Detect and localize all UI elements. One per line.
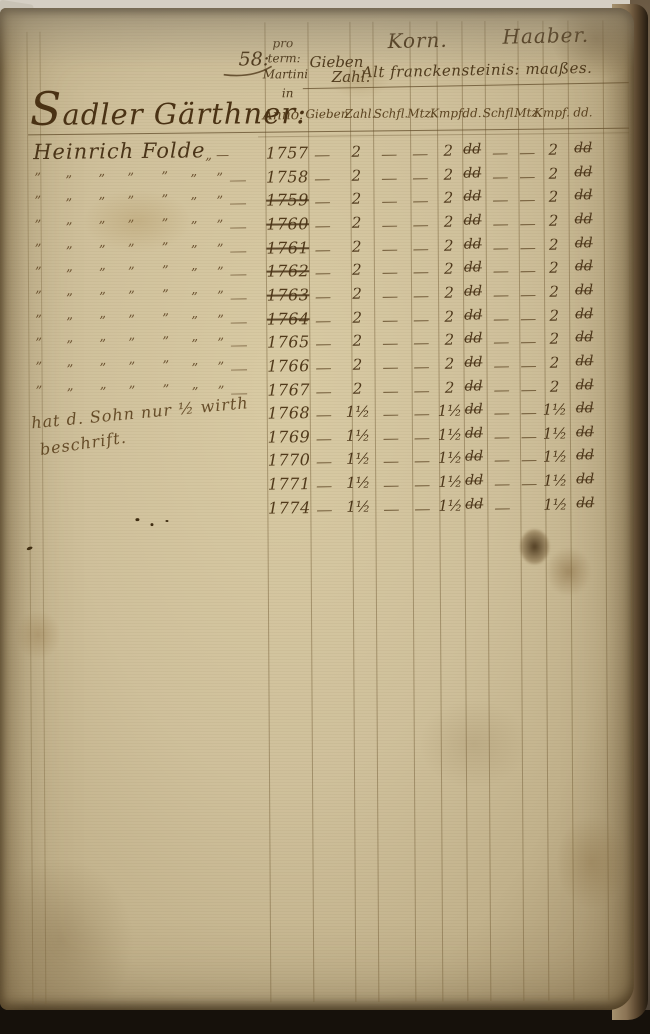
table-cell: dd bbox=[463, 165, 481, 181]
table-cell: — bbox=[382, 360, 398, 374]
ditto-mark: ” bbox=[128, 336, 135, 351]
table-cell: — bbox=[493, 383, 509, 397]
column-header: Schfl. bbox=[374, 107, 409, 121]
ditto-mark: ” bbox=[127, 171, 134, 186]
table-cell: — bbox=[316, 408, 332, 422]
ditto-mark: ” bbox=[66, 268, 73, 283]
ditto-dash: — bbox=[230, 363, 248, 376]
table-cell: dd bbox=[575, 306, 593, 322]
ditto-mark: ” bbox=[191, 290, 198, 305]
year-cell: 1766 bbox=[267, 356, 310, 375]
ditto-mark: ” bbox=[35, 218, 42, 233]
ditto-mark: ” bbox=[217, 336, 224, 351]
column-header: dd. bbox=[573, 105, 592, 119]
ditto-mark: ” bbox=[127, 194, 134, 209]
ditto-mark: ” bbox=[129, 384, 136, 399]
ink-speck bbox=[135, 518, 139, 521]
table-cell: dd bbox=[464, 354, 482, 370]
ditto-mark: ” bbox=[162, 217, 169, 232]
year-cell: 1774 bbox=[268, 498, 311, 517]
table-cell: dd bbox=[575, 282, 593, 298]
table-cell: 2 bbox=[353, 355, 363, 373]
ditto-mark: ” bbox=[162, 288, 169, 303]
table-cell: 2 bbox=[444, 236, 454, 254]
paper-stain bbox=[419, 699, 530, 790]
ditto-mark: ” bbox=[36, 384, 43, 399]
column-header: Gieben bbox=[305, 107, 348, 121]
table-cell: — bbox=[382, 289, 398, 303]
page-title: Sadler Gärthner: bbox=[30, 80, 307, 136]
table-cell: — bbox=[492, 146, 508, 160]
ditto-mark: ” bbox=[98, 196, 105, 211]
table-cell: — bbox=[494, 430, 510, 444]
table-cell: — bbox=[414, 454, 430, 468]
table-cell: — bbox=[383, 478, 399, 492]
ditto-mark: ” bbox=[217, 360, 224, 375]
table-cell: dd bbox=[576, 377, 594, 393]
ditto-mark: ” bbox=[128, 289, 135, 304]
ditto-dash: — bbox=[230, 268, 248, 281]
ditto-dash: — bbox=[230, 315, 248, 328]
table-cell: dd bbox=[575, 211, 593, 227]
table-cell: dd bbox=[574, 140, 592, 156]
table-cell: — bbox=[520, 335, 536, 349]
table-cell: — bbox=[494, 501, 510, 515]
ditto-mark: ” bbox=[35, 313, 42, 328]
table-cell: — bbox=[521, 430, 537, 444]
table-cell: 2 bbox=[445, 355, 455, 373]
table-cell: dd bbox=[574, 164, 592, 180]
table-cell: — bbox=[493, 335, 509, 349]
table-cell: 2 bbox=[352, 214, 362, 232]
table-cell: 2 bbox=[445, 378, 455, 396]
ditto-mark: ” bbox=[99, 361, 106, 376]
table-cell: — bbox=[412, 194, 428, 208]
tenant-name: Heinrich Folde bbox=[33, 138, 206, 164]
ditto-mark: ” bbox=[34, 194, 41, 209]
ditto-mark: ” bbox=[191, 338, 198, 353]
table-cell: — bbox=[492, 217, 508, 231]
table-cell: 2 bbox=[444, 213, 454, 231]
table-cell: — bbox=[316, 503, 332, 517]
column-header: Schfl. bbox=[483, 106, 518, 120]
table-cell: — bbox=[381, 218, 397, 232]
table-cell: — bbox=[414, 407, 430, 421]
year-cell: 1761 bbox=[266, 238, 309, 257]
ditto-dash: — bbox=[229, 244, 247, 257]
ditto-mark: ” bbox=[162, 359, 169, 374]
korn-header: Korn. bbox=[387, 28, 448, 53]
column-header: Kmpf. bbox=[534, 106, 570, 120]
table-cell: — bbox=[381, 195, 397, 209]
table-cell: — bbox=[521, 477, 537, 491]
table-cell: — bbox=[383, 502, 399, 516]
table-cell: dd bbox=[464, 331, 482, 347]
ditto-mark: ” bbox=[99, 314, 106, 329]
ditto-mark: ” bbox=[67, 386, 74, 401]
year-cell: 1769 bbox=[267, 427, 310, 446]
ditto-mark: ” bbox=[66, 244, 73, 259]
ditto-mark: ” bbox=[35, 336, 42, 351]
table-cell: — bbox=[413, 336, 429, 350]
table-cell: dd bbox=[465, 402, 483, 418]
paper-stain bbox=[15, 610, 61, 660]
ditto-mark: ” bbox=[66, 363, 73, 378]
table-cell: — bbox=[521, 453, 537, 467]
table-cell: dd bbox=[575, 258, 593, 274]
table-cell: 2 bbox=[351, 166, 361, 184]
ditto-mark: ” bbox=[128, 218, 135, 233]
table-cell: dd bbox=[464, 260, 482, 276]
ditto-dash: — bbox=[230, 339, 248, 352]
table-cell: — bbox=[413, 312, 429, 326]
table-cell: 2 bbox=[351, 143, 361, 161]
ditto-mark: ” bbox=[128, 265, 135, 280]
table-cell: — bbox=[412, 171, 428, 185]
ditto-mark: ” bbox=[161, 193, 168, 208]
table-cell: 1½ bbox=[346, 426, 370, 444]
table-cell: — bbox=[520, 382, 536, 396]
ditto-mark: ” bbox=[35, 360, 42, 375]
table-cell: — bbox=[315, 290, 331, 304]
table-cell: — bbox=[519, 146, 535, 160]
table-cell: dd bbox=[464, 212, 482, 228]
column-header: dd. bbox=[462, 106, 481, 120]
ditto-mark: ” bbox=[217, 313, 224, 328]
ditto-mark: ” bbox=[217, 242, 224, 257]
table-cell: 2 bbox=[352, 261, 362, 279]
table-cell: 2 bbox=[549, 282, 559, 300]
ditto-mark: ” bbox=[162, 311, 169, 326]
year-cell: 1764 bbox=[267, 309, 310, 328]
year-cell: 1760 bbox=[266, 214, 309, 233]
ditto-mark: ” bbox=[100, 385, 107, 400]
table-cell: — bbox=[494, 406, 510, 420]
table-cell: dd bbox=[464, 236, 482, 252]
water-stain bbox=[0, 856, 136, 1010]
table-cell: — bbox=[520, 240, 536, 254]
ditto-mark: ” bbox=[216, 171, 223, 186]
table-cell: 1½ bbox=[438, 496, 462, 514]
table-cell: — bbox=[315, 337, 331, 351]
table-cell: — bbox=[520, 288, 536, 302]
table-cell: — bbox=[519, 217, 535, 231]
table-cell: dd bbox=[465, 496, 483, 512]
table-cell: 2 bbox=[443, 142, 453, 160]
table-cell: dd bbox=[576, 471, 594, 487]
table-cell: — bbox=[413, 265, 429, 279]
table-cell: 1½ bbox=[438, 402, 462, 420]
table-cell: — bbox=[316, 432, 332, 446]
ditto-mark: ” bbox=[66, 221, 73, 236]
table-cell: 1½ bbox=[543, 472, 567, 490]
ditto-mark: ” bbox=[163, 382, 170, 397]
ditto-mark: ” bbox=[35, 265, 42, 280]
table-cell: dd bbox=[575, 353, 593, 369]
table-cell: — bbox=[414, 502, 430, 516]
ink-speck bbox=[165, 520, 168, 522]
table-cell: 2 bbox=[548, 141, 558, 159]
ditto-mark: ” bbox=[99, 338, 106, 353]
ditto-mark: ” bbox=[191, 243, 198, 258]
ditto-mark: ” bbox=[66, 315, 73, 330]
measure-label: Alt franckensteinis: maaßes. bbox=[362, 59, 593, 82]
ditto-dash: — bbox=[229, 197, 247, 210]
ink-smear bbox=[546, 546, 592, 596]
table-cell: dd bbox=[465, 472, 483, 488]
table-cell: 2 bbox=[353, 379, 363, 397]
table-cell: — bbox=[521, 406, 537, 420]
table-cell: — bbox=[519, 169, 535, 183]
column-header: Zahl. bbox=[344, 107, 375, 121]
year-cell: 1765 bbox=[267, 332, 310, 351]
table-cell: 2 bbox=[352, 308, 362, 326]
table-cell: 1½ bbox=[543, 401, 567, 419]
ditto-dash: — bbox=[229, 173, 247, 186]
table-cell: — bbox=[382, 242, 398, 256]
ditto-mark: ” bbox=[99, 219, 106, 234]
ditto-mark: ” bbox=[128, 242, 135, 257]
table-cell: 2 bbox=[352, 237, 362, 255]
ditto-mark: ” bbox=[65, 173, 72, 188]
ditto-mark: ” bbox=[217, 218, 224, 233]
ditto-mark: ” bbox=[99, 267, 106, 282]
ditto-mark: ” bbox=[161, 169, 168, 184]
table-cell: — bbox=[314, 172, 330, 186]
ditto-mark: ” bbox=[217, 265, 224, 280]
ditto-mark: ” bbox=[162, 264, 169, 279]
ditto-mark: ” bbox=[128, 313, 135, 328]
table-cell: — bbox=[520, 264, 536, 278]
table-cell: — bbox=[382, 313, 398, 327]
table-cell: 2 bbox=[550, 353, 560, 371]
table-cell: — bbox=[315, 266, 331, 280]
table-cell: 2 bbox=[443, 165, 453, 183]
table-cell: — bbox=[494, 454, 510, 468]
table-cell: — bbox=[315, 243, 331, 257]
table-cell: 2 bbox=[549, 212, 559, 230]
table-cell: — bbox=[413, 360, 429, 374]
table-cell: 2 bbox=[548, 164, 558, 182]
table-cell: 2 bbox=[444, 260, 454, 278]
table-cell: — bbox=[314, 219, 330, 233]
table-cell: 1½ bbox=[543, 448, 567, 466]
term-line-2: term: bbox=[268, 51, 301, 66]
table-cell: dd bbox=[465, 425, 483, 441]
table-cell: dd bbox=[576, 424, 594, 440]
table-cell: — bbox=[315, 314, 331, 328]
table-cell: 2 bbox=[549, 235, 559, 253]
year-cell: 1762 bbox=[266, 261, 309, 280]
year-cell: 1767 bbox=[267, 380, 310, 399]
ditto-mark: ” bbox=[66, 292, 73, 307]
table-cell: — bbox=[414, 478, 430, 492]
table-cell: — bbox=[382, 266, 398, 280]
table-cell: — bbox=[316, 479, 332, 493]
table-cell: dd bbox=[576, 495, 594, 511]
ditto-mark: ” bbox=[99, 243, 106, 258]
table-cell: — bbox=[493, 359, 509, 373]
term-line-1: pro bbox=[272, 36, 293, 51]
table-cell: — bbox=[314, 148, 330, 162]
table-cell: 1½ bbox=[346, 450, 370, 468]
ditto-mark: ” bbox=[162, 240, 169, 255]
table-cell: dd bbox=[464, 307, 482, 323]
ditto-mark: ” bbox=[98, 172, 105, 187]
ditto-mark: ” bbox=[99, 290, 106, 305]
table-cell: — bbox=[314, 195, 330, 209]
ditto-mark: ” bbox=[162, 335, 169, 350]
table-cell: — bbox=[494, 477, 510, 491]
year-cell: 1768 bbox=[267, 403, 310, 422]
table-cell: 2 bbox=[444, 189, 454, 207]
table-cell: dd bbox=[576, 448, 594, 464]
table-cell: — bbox=[493, 264, 509, 278]
table-cell: dd bbox=[574, 188, 592, 204]
year-cell: 1758 bbox=[266, 167, 309, 186]
table-cell: 2 bbox=[352, 332, 362, 350]
year-cell: 1771 bbox=[268, 474, 311, 493]
table-cell: — bbox=[493, 312, 509, 326]
table-cell: — bbox=[315, 384, 331, 398]
table-cell: 1½ bbox=[438, 425, 462, 443]
table-cell: dd bbox=[575, 329, 593, 345]
ditto-mark: ” bbox=[128, 360, 135, 375]
year-cell: 1770 bbox=[268, 451, 311, 470]
ditto-mark: ” bbox=[35, 289, 42, 304]
table-cell: 1½ bbox=[346, 497, 370, 515]
table-cell: 1½ bbox=[438, 473, 462, 491]
ditto-mark: ” bbox=[191, 219, 198, 234]
ditto-mark: ” bbox=[217, 289, 224, 304]
ditto-mark: ” bbox=[34, 171, 41, 186]
table-cell: dd bbox=[465, 449, 483, 465]
table-cell: — bbox=[413, 383, 429, 397]
table-cell: 2 bbox=[549, 330, 559, 348]
table-cell: dd bbox=[575, 235, 593, 251]
ditto-mark: ” bbox=[190, 172, 197, 187]
table-cell: 1½ bbox=[346, 474, 370, 492]
table-cell: 2 bbox=[444, 307, 454, 325]
table-cell: — bbox=[519, 193, 535, 207]
ledger-page: 58: pro term: Martini in Korn. Haaber. G… bbox=[0, 8, 634, 1010]
table-cell: dd bbox=[464, 283, 482, 299]
header-underline-2 bbox=[258, 132, 629, 138]
table-cell: 1½ bbox=[438, 449, 462, 467]
table-cell: 2 bbox=[549, 306, 559, 324]
table-cell: 2 bbox=[352, 285, 362, 303]
table-cell: 1½ bbox=[543, 424, 567, 442]
table-cell: dd bbox=[576, 400, 594, 416]
table-cell: 1½ bbox=[346, 403, 370, 421]
ditto-mark: ” bbox=[191, 361, 198, 376]
ditto-dash: — bbox=[229, 221, 247, 234]
table-cell: 2 bbox=[352, 190, 362, 208]
table-cell: — bbox=[383, 407, 399, 421]
ditto-mark: ” bbox=[66, 339, 73, 354]
table-cell: — bbox=[382, 384, 398, 398]
table-cell: — bbox=[412, 218, 428, 232]
table-cell: 2 bbox=[550, 377, 560, 395]
ink-speck bbox=[150, 523, 153, 526]
table-cell: — bbox=[316, 455, 332, 469]
haaber-header: Haaber. bbox=[502, 23, 589, 49]
ditto-dash: — bbox=[230, 292, 248, 305]
year-cell: 1757 bbox=[266, 143, 309, 162]
table-cell: 1½ bbox=[543, 495, 567, 513]
table-cell: — bbox=[383, 431, 399, 445]
table-cell: 2 bbox=[549, 188, 559, 206]
table-cell: — bbox=[413, 242, 429, 256]
paper-stain bbox=[556, 816, 627, 908]
table-cell: — bbox=[381, 171, 397, 185]
table-cell: 2 bbox=[549, 259, 559, 277]
table-cell: — bbox=[383, 455, 399, 469]
table-cell: — bbox=[492, 170, 508, 184]
ditto-mark: ” bbox=[216, 194, 223, 209]
ditto-mark: ” bbox=[65, 197, 72, 212]
table-cell: — bbox=[382, 336, 398, 350]
table-cell: — bbox=[315, 361, 331, 375]
table-cell: dd bbox=[463, 141, 481, 157]
table-cell: — bbox=[520, 311, 536, 325]
table-cell: — bbox=[412, 147, 428, 161]
ditto-mark: ” bbox=[190, 196, 197, 211]
table-cell: — bbox=[381, 147, 397, 161]
table-cell: — bbox=[492, 193, 508, 207]
year-cell: 1759 bbox=[266, 191, 309, 210]
table-cell: — bbox=[493, 241, 509, 255]
table-cell: dd bbox=[465, 378, 483, 394]
table-cell: — bbox=[493, 288, 509, 302]
ditto-mark: ” bbox=[191, 314, 198, 329]
year-cell: 1763 bbox=[267, 285, 310, 304]
scanned-ledger-page: 58: pro term: Martini in Korn. Haaber. G… bbox=[0, 0, 650, 1034]
table-cell: 2 bbox=[444, 284, 454, 302]
table-cell: — bbox=[414, 431, 430, 445]
table-cell: — bbox=[413, 289, 429, 303]
ditto-mark: ” bbox=[35, 242, 42, 257]
table-cell: dd bbox=[463, 189, 481, 205]
ditto-marks: „ — bbox=[205, 148, 229, 163]
table-cell: — bbox=[520, 359, 536, 373]
column-header: Kmpf. bbox=[430, 106, 466, 120]
table-cell: 2 bbox=[444, 331, 454, 349]
ditto-mark: ” bbox=[191, 267, 198, 282]
